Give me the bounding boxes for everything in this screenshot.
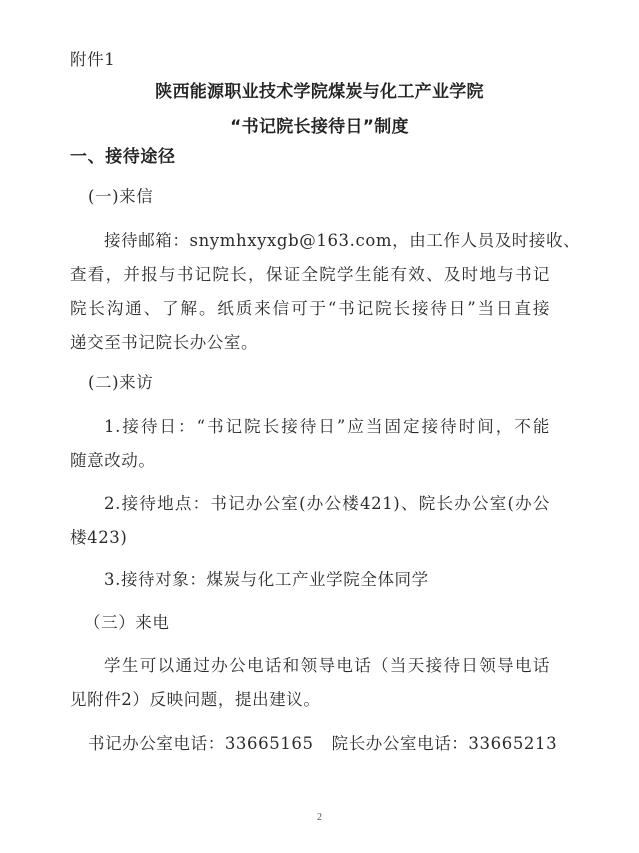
paragraph-letters-line-4: 递交至书记院长办公室。 — [70, 333, 258, 353]
paragraph-letters-line-2: 查看，并报与书记院长，保证全院学生能有效、及时地与书记 — [70, 265, 550, 285]
attachment-label: 附件1 — [70, 50, 115, 70]
subsection-heading-calls: （三）来电 — [84, 613, 170, 633]
title-line-2: “书记院长接待日”制度 — [0, 117, 639, 137]
paragraph-letters-line-1: 接待邮箱：snymhxyxgb@163.com，由工作人员及时接收、 — [104, 231, 550, 251]
visits-item-1-line-2: 随意改动。 — [70, 451, 156, 471]
title-line-1: 陕西能源职业技术学院煤炭与化工产业学院 — [0, 82, 639, 102]
dean-phone-number: 33665213 — [468, 734, 557, 753]
paragraph-letters-line-3: 院长沟通、了解。纸质来信可于“书记院长接待日”当日直接 — [70, 299, 550, 319]
secretary-phone-number: 33665165 — [225, 734, 314, 753]
dean-phone-label: 院长办公室电话： — [332, 734, 469, 753]
visits-item-2-line-1: 2.接待地点：书记办公室(办公楼421)、院长办公室(办公 — [104, 494, 550, 514]
section-heading-reception-channels: 一、接待途径 — [70, 147, 176, 167]
page-number: 2 — [0, 812, 639, 823]
paragraph-calls-line-1: 学生可以通过办公电话和领导电话（当天接待日领导电话 — [104, 656, 550, 676]
visits-item-2-line-2: 楼423) — [70, 528, 127, 548]
visits-item-3: 3.接待对象：煤炭与化工产业学院全体同学 — [104, 570, 429, 590]
subsection-heading-letters: (一)来信 — [88, 187, 153, 207]
subsection-heading-visits: (二)来访 — [88, 373, 153, 393]
secretary-phone-label: 书记办公室电话： — [88, 734, 225, 753]
visits-item-1-line-1: 1.接待日：“书记院长接待日”应当固定接待时间，不能 — [104, 417, 550, 437]
paragraph-calls-line-2: 见附件2）反映问题，提出建议。 — [70, 690, 321, 710]
phone-numbers-line: 书记办公室电话：33665165院长办公室电话：33665213 — [88, 734, 557, 754]
